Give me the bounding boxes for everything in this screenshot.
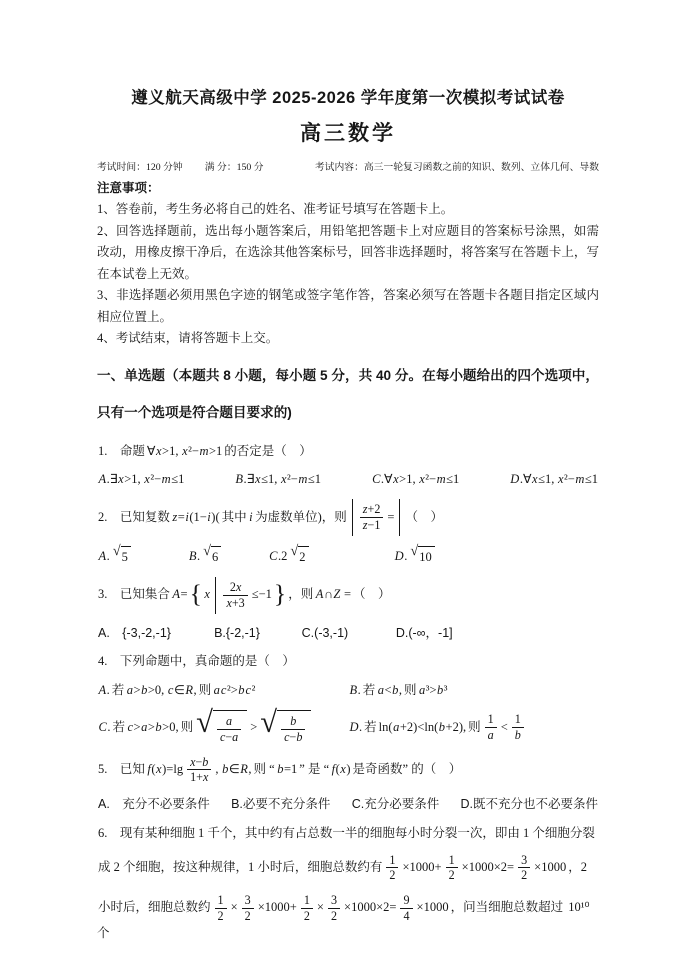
- big-delimiter: }: [273, 579, 287, 608]
- options-row: C.若c>a>b>0,则√ac−a>√bc−bD.若ln(a+2)<ln(b+2…: [97, 710, 599, 745]
- question-1: 1. 命题∀x>1, x²−m>1的否定是（ ）A.∃x>1, x²−m≤1B.…: [97, 442, 599, 490]
- option: B.√6: [187, 546, 267, 567]
- option: B.必要不充分条件: [230, 795, 331, 814]
- option: A.若a>b>0, c∈R,则ac²>bc²: [97, 681, 348, 700]
- vertical-bar: [352, 499, 353, 536]
- question-text: 成 2 个细胞，按这种规律，1 小时后，细胞总数约有12×1000+12×100…: [97, 853, 599, 884]
- fraction: 12: [446, 853, 458, 884]
- radical: √ac−a: [196, 710, 247, 745]
- option: C.∀x>1, x²−m≤1: [371, 470, 461, 489]
- options-row: A.√5B.√6C.2√2D.√10: [97, 546, 599, 567]
- fraction: 12: [215, 893, 227, 924]
- option: A.√5: [97, 546, 187, 567]
- question-stem: 1. 命题∀x>1, x²−m>1的否定是（ ）: [97, 442, 599, 461]
- vertical-bar: [215, 577, 216, 614]
- option: B.∃x≤1, x²−m≤1: [234, 470, 322, 489]
- radical: √10: [410, 546, 434, 567]
- notes-heading: 注意事项：: [97, 178, 599, 199]
- fraction: 32: [242, 893, 254, 924]
- options-row: A.∃x>1, x²−m≤1B.∃x≤1, x²−m≤1C.∀x>1, x²−m…: [97, 470, 599, 489]
- note-item-3: 3、非选择题必须用黑色字迹的钢笔或签字笔作答，答案必须写在答题卡各题目指定区域内…: [97, 285, 599, 328]
- option: D.∀x≤1, x²−m≤1: [509, 470, 599, 489]
- question-2: 2. 已知复数z=i(1−i)(其中i为虚数单位)，则z+2z−1=（ ）A.√…: [97, 499, 599, 567]
- question-6: 6. 现有某种细胞 1 千个，其中约有占总数一半的细胞每小时分裂一次，即由 1 …: [97, 824, 599, 943]
- questions-container: 1. 命题∀x>1, x²−m>1的否定是（ ）A.∃x>1, x²−m≤1B.…: [97, 442, 599, 943]
- note-item-1: 1、答卷前，考生务必将自己的姓名、准考证号填写在答题卡上。: [97, 199, 599, 221]
- fraction: bc−b: [281, 714, 305, 745]
- meta-exam-content: 考试内容：高三一轮复习函数之前的知识、数列、立体几何、导数: [315, 159, 599, 173]
- fraction: 1b: [512, 712, 524, 743]
- options-row: A. {-3,-2,-1}B.{-2,-1}C.(-3,-1)D.(-∞，-1]: [97, 624, 599, 643]
- option: C.充分必要条件: [351, 795, 441, 814]
- radical: √bc−b: [260, 710, 311, 745]
- fraction: 1a: [485, 712, 497, 743]
- vertical-bar: [399, 499, 400, 536]
- option: B.若a<b,则a³>b³: [348, 681, 599, 700]
- fraction: 12: [386, 853, 398, 884]
- option: C.(-3,-1): [301, 624, 395, 643]
- note-item-4: 4、考试结束，请将答题卡上交。: [97, 328, 599, 350]
- option: B.{-2,-1}: [213, 624, 301, 643]
- meta-full-score: 满 分：150 分: [205, 159, 264, 173]
- question-text: 6. 现有某种细胞 1 千个，其中约有占总数一半的细胞每小时分裂一次，即由 1 …: [97, 824, 599, 843]
- fraction: 32: [518, 853, 530, 884]
- question-stem: 2. 已知复数z=i(1−i)(其中i为虚数单位)，则z+2z−1=（ ）: [97, 499, 599, 536]
- question-stem: 4. 下列命题中，真命题的是（ ）: [97, 652, 599, 671]
- exam-title: 遵义航天高级中学 2025-2026 学年度第一次模拟考试试卷: [97, 84, 599, 108]
- notes-list: 1、答卷前，考生务必将自己的姓名、准考证号填写在答题卡上。 2、回答选择题前，选…: [97, 199, 599, 350]
- fraction: 12: [301, 893, 313, 924]
- option: A. {-3,-2,-1}: [97, 624, 213, 643]
- option: A.∃x>1, x²−m≤1: [97, 470, 185, 489]
- option: A. 充分不必要条件: [97, 795, 211, 814]
- big-delimiter: {: [189, 579, 203, 608]
- option: C.2√2: [268, 546, 394, 567]
- option: C.若c>a>b>0,则√ac−a>√bc−b: [97, 710, 348, 745]
- option: D.既不充分也不必要条件: [459, 795, 599, 814]
- option: D.(-∞，-1]: [395, 624, 535, 643]
- question-stem: 3. 已知集合A={x2xx+3≤−1}，则A∩Z =（ ）: [97, 577, 599, 614]
- question-3: 3. 已知集合A={x2xx+3≤−1}，则A∩Z =（ ）A. {-3,-2,…: [97, 577, 599, 643]
- question-5: 5. 已知f(x)=lgx−b1+x, b∈R,则 “b=1” 是 “f(x)是…: [97, 755, 599, 814]
- fraction: 2xx+3: [223, 580, 247, 611]
- exam-subtitle: 高三数学: [97, 117, 599, 147]
- note-item-2: 2、回答选择题前，选出每小题答案后，用铅笔把答题卡上对应题目的答案标号涂黑，如需…: [97, 221, 599, 286]
- section-heading: 一、单选题（本题共 8 小题，每小题 5 分，共 40 分。在每小题给出的四个选…: [97, 358, 599, 432]
- fraction: 94: [400, 893, 412, 924]
- question-text: 小时后，细胞总数约12×32×1000+12×32×1000×2=94×1000…: [97, 893, 599, 942]
- options-row: A.若a>b>0, c∈R,则ac²>bc²B.若a<b,则a³>b³: [97, 681, 599, 700]
- option: D.√10: [393, 546, 599, 567]
- radical: √2: [290, 546, 308, 567]
- options-row: A. 充分不必要条件B.必要不充分条件C.充分必要条件D.既不充分也不必要条件: [97, 795, 599, 814]
- fraction: z+2z−1: [360, 502, 384, 533]
- exam-page: 遵义航天高级中学 2025-2026 学年度第一次模拟考试试卷 高三数学 考试时…: [0, 0, 691, 942]
- radical: √6: [203, 546, 221, 567]
- option: D.若ln(a+2)<ln(b+2),则1a<1b: [348, 712, 599, 743]
- exam-meta: 考试时间：120 分钟 满 分：150 分 考试内容：高三一轮复习函数之前的知识…: [97, 159, 599, 173]
- question-stem: 5. 已知f(x)=lgx−b1+x, b∈R,则 “b=1” 是 “f(x)是…: [97, 755, 599, 786]
- meta-exam-time: 考试时间：120 分钟: [97, 159, 183, 173]
- question-4: 4. 下列命题中，真命题的是（ ）A.若a>b>0, c∈R,则ac²>bc²B…: [97, 652, 599, 744]
- fraction: ac−a: [217, 714, 241, 745]
- fraction: 32: [328, 893, 340, 924]
- fraction: x−b1+x: [187, 755, 211, 786]
- radical: √5: [113, 546, 131, 567]
